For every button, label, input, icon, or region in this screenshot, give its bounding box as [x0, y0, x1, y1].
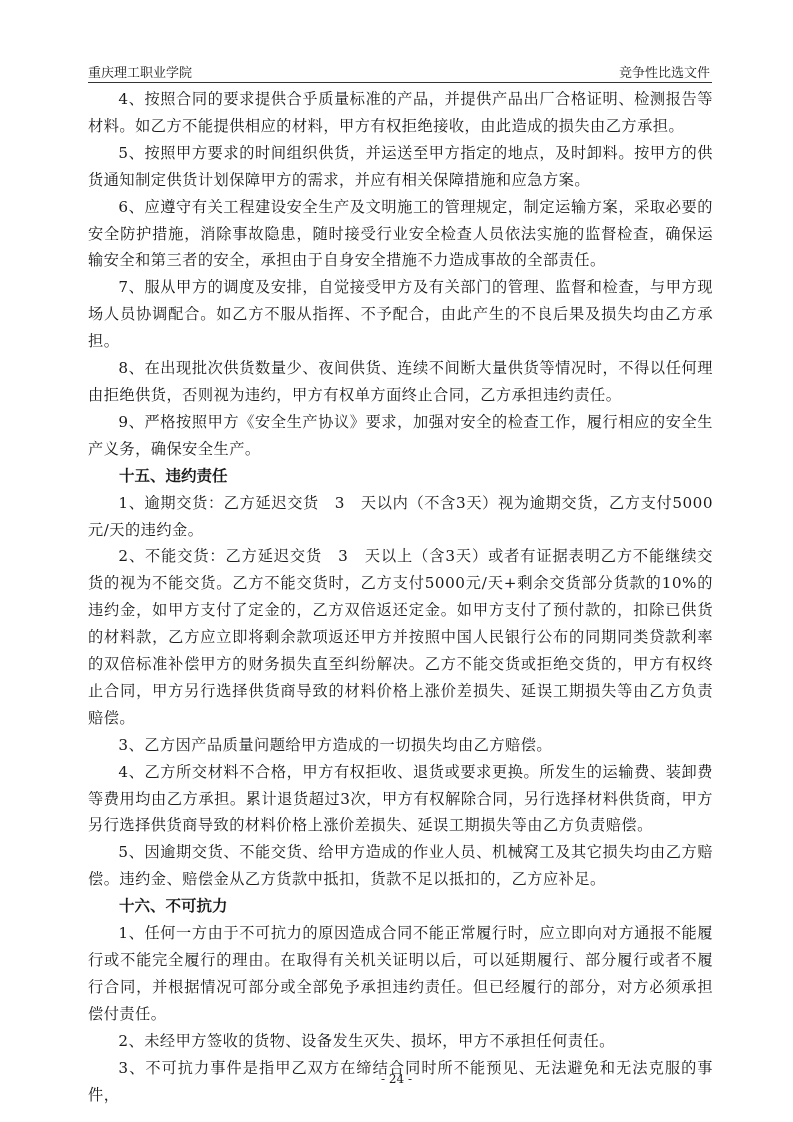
page-number: - 24 - [0, 1072, 793, 1086]
paragraph-force-majeure-2: 2、未经甲方签收的货物、设备发生灭失、损坏，甲方不承担任何责任。 [88, 1028, 713, 1055]
paragraph-clause-8: 8、在出现批次供货数量少、夜间供货、连续不间断大量供货等情况时，不得以任何理由拒… [88, 355, 713, 409]
paragraph-clause-4: 4、按照合同的要求提供合乎质量标准的产品，并提供产品出厂合格证明、检测报告等材料… [88, 86, 713, 140]
paragraph-force-majeure-1: 1、任何一方由于不可抗力的原因造成合同不能正常履行时，应立即向对方通报不能履行或… [88, 920, 713, 1028]
paragraph-nonconforming-materials: 4、乙方所交材料不合格，甲方有权拒收、退货或要求更换。所发生的运输费、装卸费等费… [88, 759, 713, 840]
document-body: 4、按照合同的要求提供合乎质量标准的产品，并提供产品出厂合格证明、检测报告等材料… [88, 86, 713, 1108]
page-header: 重庆理工职业学院 竞争性比选文件 [88, 60, 712, 83]
paragraph-clause-6: 6、应遵守有关工程建设安全生产及文明施工的管理规定，制定运输方案，采取必要的安全… [88, 194, 713, 275]
paragraph-quality-loss: 3、乙方因产品质量问题给甲方造成的一切损失均由乙方赔偿。 [88, 732, 713, 759]
paragraph-clause-7: 7、服从甲方的调度及安排，自觉接受甲方及有关部门的管理、监督和检查，与甲方现场人… [88, 274, 713, 355]
paragraph-clause-9: 9、严格按照甲方《安全生产协议》要求，加强对安全的检查工作，履行相应的安全生产义… [88, 409, 713, 463]
section-heading-force-majeure: 十六、不可抗力 [88, 893, 713, 920]
paragraph-non-delivery: 2、不能交货：乙方延迟交货 3 天以上（含3天）或者有证据表明乙方不能继续交货的… [88, 543, 713, 731]
header-institution: 重庆理工职业学院 [88, 62, 192, 81]
section-heading-breach-liability: 十五、违约责任 [88, 463, 713, 490]
paragraph-late-delivery: 1、逾期交货：乙方延迟交货 3 天以内（不含3天）视为逾期交货，乙方支付5000… [88, 490, 713, 544]
paragraph-compensation: 5、因逾期交货、不能交货、给甲方造成的作业人员、机械窝工及其它损失均由乙方赔偿。… [88, 839, 713, 893]
paragraph-clause-5: 5、按照甲方要求的时间组织供货，并运送至甲方指定的地点，及时卸料。按甲方的供货通… [88, 140, 713, 194]
header-document-type: 竞争性比选文件 [619, 62, 710, 81]
